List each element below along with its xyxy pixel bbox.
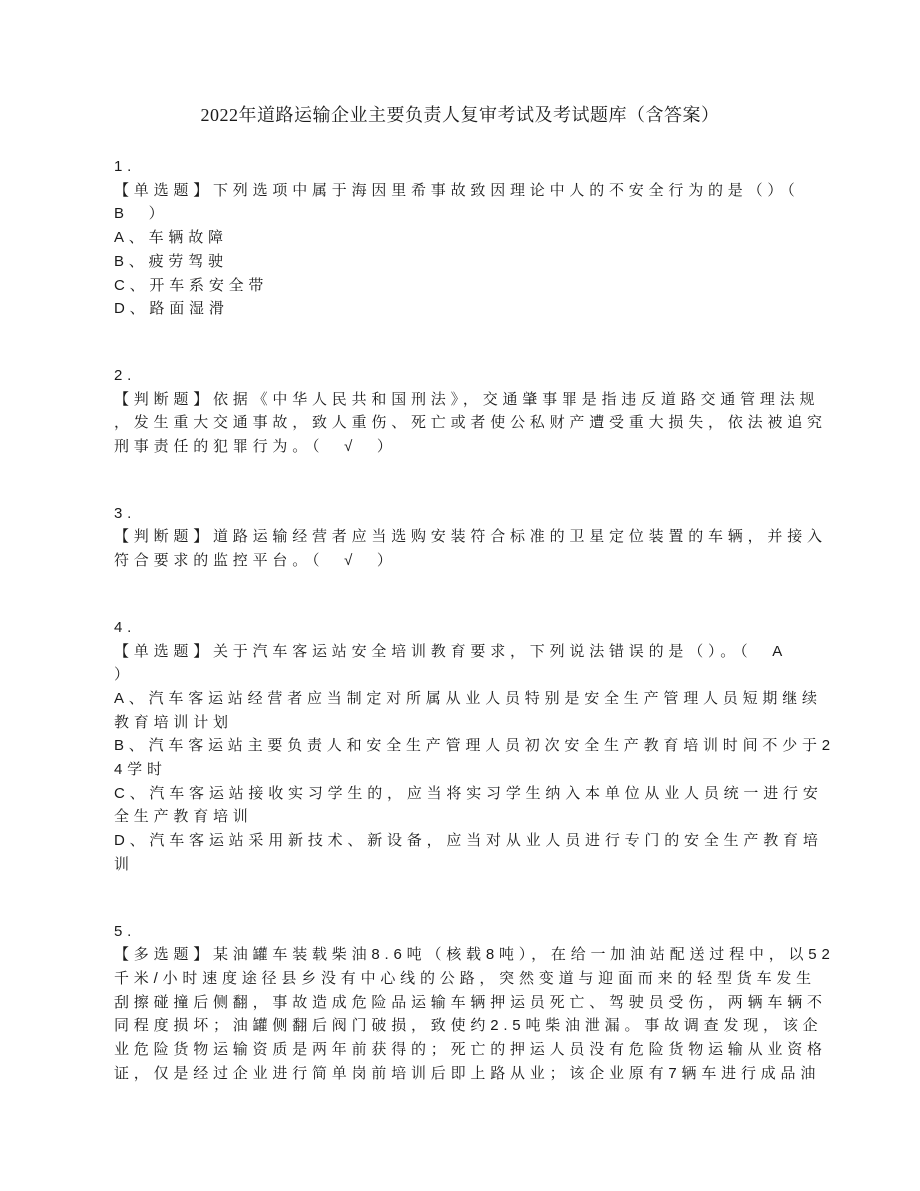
question-4-option-c-line-2: 全生产教育培训 [114, 805, 806, 829]
question-3-stem-line-1: 【判断题】道路运输经营者应当选购安装符合标准的卫星定位装置的车辆，并接入 [114, 525, 806, 549]
question-1-option-a: A、车辆故障 [114, 226, 806, 250]
question-2-stem-line-2: ，发生重大交通事故，致人重伤、死亡或者使公私财产遭受重大损失，依法被追究 [114, 411, 806, 435]
question-4-option-d-line-2: 训 [114, 853, 806, 877]
question-1-option-d: D、路面湿滑 [114, 297, 806, 321]
question-1: 1. 【单选题】下列选项中属于海因里希事故致因理论中人的不安全行为的是（）（ B… [114, 155, 806, 321]
question-3: 3. 【判断题】道路运输经营者应当选购安装符合标准的卫星定位装置的车辆，并接入 … [114, 502, 806, 573]
question-4-stem-line-1: 【单选题】关于汽车客运站安全培训教育要求，下列说法错误的是（）。（ A [114, 640, 806, 664]
question-4-option-d-line-1: D、汽车客运站采用新技术、新设备，应当对从业人员进行专门的安全生产教育培 [114, 829, 806, 853]
question-1-option-b: B、疲劳驾驶 [114, 250, 806, 274]
question-4-answer-line: ） [114, 663, 806, 687]
question-4-option-b-line-1: B、汽车客运站主要负责人和安全生产管理人员初次安全生产教育培训时间不少于2 [114, 734, 806, 758]
question-2-stem-line-3: 刑事责任的犯罪行为。（ √ ） [114, 435, 806, 459]
question-1-option-c: C、开车系安全带 [114, 274, 806, 298]
question-5-number: 5. [114, 920, 806, 944]
document-content: 2022年道路运输企业主要负责人复审考试及考试题库（含答案） 1. 【单选题】下… [0, 0, 920, 1086]
question-1-number: 1. [114, 155, 806, 179]
document-page: 2022年道路运输企业主要负责人复审考试及考试题库（含答案） 1. 【单选题】下… [0, 0, 920, 1191]
question-5-stem-line-4: 同程度损坏；油罐侧翻后阀门破损，致使约2.5吨柴油泄漏。事故调查发现，该企 [114, 1014, 806, 1038]
question-4-option-a-line-2: 教育培训计划 [114, 711, 806, 735]
document-title: 2022年道路运输企业主要负责人复审考试及考试题库（含答案） [114, 103, 806, 127]
question-5-stem-line-3: 刮擦碰撞后侧翻，事故造成危险品运输车辆押运员死亡、驾驶员受伤，两辆车辆不 [114, 991, 806, 1015]
question-3-number: 3. [114, 502, 806, 526]
question-5-stem-line-2: 千米/小时速度途径县乡没有中心线的公路，突然变道与迎面而来的轻型货车发生 [114, 967, 806, 991]
question-1-stem-line-1: 【单选题】下列选项中属于海因里希事故致因理论中人的不安全行为的是（）（ [114, 179, 806, 203]
question-4-number: 4. [114, 616, 806, 640]
question-5-stem-line-1: 【多选题】某油罐车装载柴油8.6吨（核载8吨），在给一加油站配送过程中，以52 [114, 943, 806, 967]
question-2-stem-line-1: 【判断题】依据《中华人民共和国刑法》，交通肇事罪是指违反道路交通管理法规 [114, 388, 806, 412]
question-4: 4. 【单选题】关于汽车客运站安全培训教育要求，下列说法错误的是（）。（ A ）… [114, 616, 806, 877]
question-2-number: 2. [114, 364, 806, 388]
question-4-option-c-line-1: C、汽车客运站接收实习学生的，应当将实习学生纳入本单位从业人员统一进行安 [114, 782, 806, 806]
question-5-stem-line-5: 业危险货物运输资质是两年前获得的；死亡的押运人员没有危险货物运输从业资格 [114, 1038, 806, 1062]
question-4-option-a-line-1: A、汽车客运站经营者应当制定对所属从业人员特别是安全生产管理人员短期继续 [114, 687, 806, 711]
question-1-answer-line: B ） [114, 202, 806, 226]
question-5-stem-line-6: 证，仅是经过企业进行简单岗前培训后即上路从业；该企业原有7辆车进行成品油 [114, 1062, 806, 1086]
question-5: 5. 【多选题】某油罐车装载柴油8.6吨（核载8吨），在给一加油站配送过程中，以… [114, 920, 806, 1086]
question-3-stem-line-2: 符合要求的监控平台。（ √ ） [114, 549, 806, 573]
question-2: 2. 【判断题】依据《中华人民共和国刑法》，交通肇事罪是指违反道路交通管理法规 … [114, 364, 806, 459]
question-4-option-b-line-2: 4学时 [114, 758, 806, 782]
